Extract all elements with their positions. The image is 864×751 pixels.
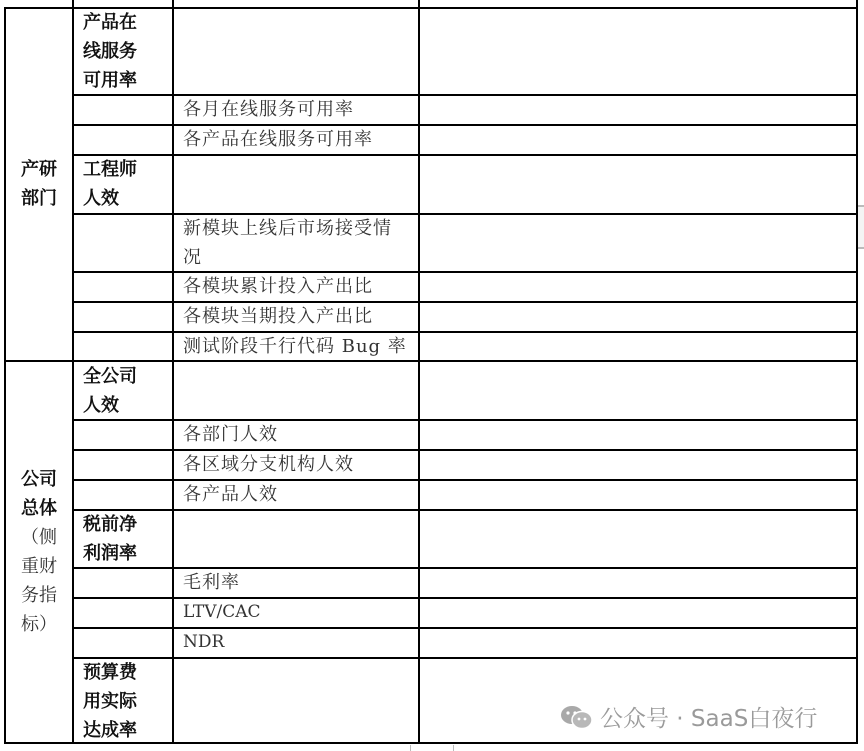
category-line: 部门 (6, 184, 72, 213)
sub-item-cell: LTV/CAC (183, 598, 261, 627)
metric-name-cell: 全公司 人效 (83, 362, 173, 420)
sub-item-cell: NDR (183, 628, 224, 657)
category-line: 标） (6, 610, 72, 639)
sub-item-cell: 各月在线服务可用率 (183, 95, 354, 124)
sub-item-line: 况 (183, 243, 392, 272)
metric-name-line: 税前净 (83, 510, 173, 539)
metric-name-line: 达成率 (83, 716, 173, 745)
watermark-text: 公众号 · SaaS白夜行 (600, 700, 817, 733)
category-line: （侧 (6, 523, 72, 552)
grid-line-v3 (418, 0, 420, 744)
grid-line-v4 (856, 0, 858, 744)
bottom-tab-marker (410, 745, 454, 751)
metric-name-cell: 预算费 用实际 达成率 (83, 658, 173, 745)
sub-item-cell: 各部门人效 (183, 420, 278, 449)
category-cell-company: 公司 总体 （侧 重财 务指 标） (6, 465, 72, 639)
sub-item-cell: 各产品人效 (183, 480, 278, 509)
metric-name-cell: 税前净 利润率 (83, 510, 173, 568)
sub-item-cell: 毛利率 (183, 568, 240, 597)
grid-line-h (72, 657, 858, 659)
category-line: 总体 (6, 494, 72, 523)
sub-item-cell: 各模块当期投入产出比 (183, 302, 373, 331)
category-line: 产研 (6, 155, 72, 184)
category-line: 公司 (6, 465, 72, 494)
side-scroll-handle[interactable] (858, 205, 864, 249)
metric-name-line: 线服务 (83, 37, 173, 66)
metric-name-line: 人效 (83, 184, 173, 213)
sub-item-cell: 新模块上线后市场接受情 况 (183, 214, 392, 272)
grid-line-v1 (72, 0, 74, 744)
metric-name-line: 全公司 (83, 362, 173, 391)
metric-name-line: 工程师 (83, 155, 173, 184)
grid-line-h (72, 154, 858, 156)
category-line: 重财 (6, 552, 72, 581)
metric-name-line: 产品在 (83, 8, 173, 37)
metric-name-line: 可用率 (83, 66, 173, 95)
metric-name-line: 人效 (83, 391, 173, 420)
metric-name-cell: 产品在 线服务 可用率 (83, 8, 173, 95)
category-cell-rd: 产研 部门 (6, 155, 72, 213)
metric-name-line: 预算费 (83, 658, 173, 687)
metric-name-line: 利润率 (83, 539, 173, 568)
sub-item-cell: 各区域分支机构人效 (183, 450, 354, 479)
sub-item-cell: 各模块累计投入产出比 (183, 272, 373, 301)
sub-item-cell: 测试阶段千行代码 Bug 率 (183, 332, 407, 361)
sub-item-cell: 各产品在线服务可用率 (183, 125, 373, 154)
metric-name-cell: 工程师 人效 (83, 155, 173, 213)
sub-item-line: 新模块上线后市场接受情 (183, 214, 392, 243)
category-line: 务指 (6, 581, 72, 610)
wechat-icon (560, 704, 594, 730)
watermark: 公众号 · SaaS白夜行 (560, 700, 817, 733)
metric-name-line: 用实际 (83, 687, 173, 716)
grid-line-h (72, 509, 858, 511)
